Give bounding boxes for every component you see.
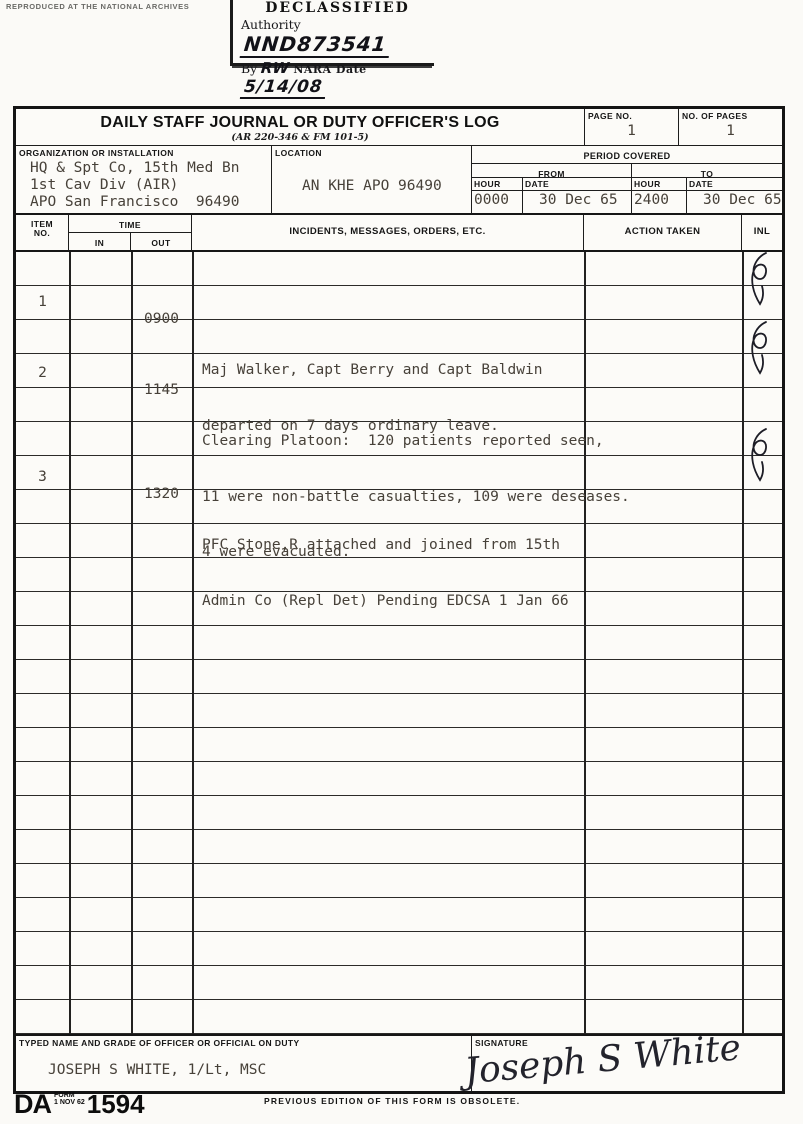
entry-1-item-no: 1	[16, 294, 69, 311]
from-date-value: 30 Dec 65	[523, 192, 618, 208]
organization-line-3: APO San Francisco 96490	[16, 194, 271, 211]
journal-entries-grid: 1 0900 Maj Walker, Capt Berry and Capt B…	[16, 252, 782, 1034]
page-no-value: 1	[585, 123, 678, 140]
to-hour-value: 2400	[632, 192, 669, 208]
location-label: LOCATION	[272, 146, 471, 160]
page-no-cell: PAGE NO. 1	[585, 109, 679, 146]
col-header-action: ACTION TAKEN	[584, 215, 742, 252]
to-date-value: 30 Dec 65	[687, 192, 782, 208]
pages-value: 1	[679, 123, 782, 140]
col-header-item: ITEM NO.	[16, 215, 69, 252]
scanned-document-page: REPRODUCED AT THE NATIONAL ARCHIVES DECL…	[0, 0, 803, 1124]
from-hour-label: HOUR	[472, 178, 522, 190]
stamp-authority-label: Authority	[241, 17, 301, 32]
stamp-by-row: By RW NARA Date 5/14/08	[241, 59, 434, 99]
col-header-in: IN	[69, 233, 131, 252]
typed-name-value: JOSEPH S WHITE, 1/Lt, MSC	[48, 1062, 266, 1079]
form-number: 1594	[87, 1089, 145, 1119]
col-header-out: OUT	[131, 233, 192, 252]
pages-label: NO. OF PAGES	[679, 109, 782, 123]
form-footer: DAFORM1 NOV 621594 PREVIOUS EDITION OF T…	[14, 1089, 794, 1123]
archive-note: REPRODUCED AT THE NATIONAL ARCHIVES	[6, 2, 189, 11]
col-header-inl: INL	[742, 215, 782, 252]
from-date-value-cell: 30 Dec 65	[523, 191, 632, 215]
stamp-date-value: 5/14/08	[240, 77, 327, 99]
col-header-time: TIME	[69, 215, 192, 233]
da-form-1594: DAILY STAFF JOURNAL OR DUTY OFFICER'S LO…	[13, 106, 785, 1094]
typed-name-label: TYPED NAME AND GRADE OF OFFICER OR OFFIC…	[16, 1036, 471, 1050]
col-header-item-label: ITEM NO.	[22, 218, 62, 240]
declassified-stamp: DECLASSIFIED Authority NND873541 By RW N…	[230, 0, 434, 66]
duty-officer-initials-icon	[745, 426, 775, 482]
from-hour-value-cell: 0000	[472, 191, 523, 215]
col-header-incidents: INCIDENTS, MESSAGES, ORDERS, ETC.	[192, 215, 584, 252]
to-hour-label: HOUR	[632, 178, 686, 190]
col-header-in-label: IN	[92, 236, 107, 250]
period-from-header: FROM	[472, 164, 632, 178]
organization-cell: ORGANIZATION OR INSTALLATION HQ & Spt Co…	[16, 146, 272, 215]
location-cell: LOCATION AN KHE APO 96490	[272, 146, 472, 215]
from-hour-value: 0000	[472, 192, 509, 208]
col-header-inl-label: INL	[751, 224, 774, 239]
form-prefix: DA	[14, 1089, 51, 1119]
stamp-title: DECLASSIFIED	[241, 0, 434, 16]
entry-3-line-1: PFC Stone,R attached and joined from 15t…	[202, 537, 584, 559]
col-header-time-label: TIME	[116, 218, 144, 232]
typed-name-cell: TYPED NAME AND GRADE OF OFFICER OR OFFIC…	[16, 1034, 472, 1091]
to-date-label-cell: DATE	[687, 178, 782, 191]
entry-2-time-out: 1145	[131, 382, 192, 399]
organization-label: ORGANIZATION OR INSTALLATION	[16, 146, 271, 160]
organization-line-2: 1st Cav Div (AIR)	[16, 177, 271, 194]
stamp-by-label: By	[241, 61, 257, 76]
from-date-label: DATE	[523, 178, 631, 190]
stamp-by-initials: RW	[260, 59, 290, 77]
to-hour-label-cell: HOUR	[632, 178, 687, 191]
form-title-cell: DAILY STAFF JOURNAL OR DUTY OFFICER'S LO…	[16, 109, 585, 146]
entry-3-line-2: Admin Co (Repl Det) Pending EDCSA 1 Jan …	[202, 593, 584, 615]
col-header-action-label: ACTION TAKEN	[622, 224, 704, 239]
entry-3-time-out: 1320	[131, 486, 192, 503]
duty-officer-initials-icon	[745, 250, 775, 306]
journal-entry-2: 2 1145 Clearing Platoon: 120 patients re…	[16, 331, 782, 433]
entry-3-text: PFC Stone,R attached and joined from 15t…	[202, 503, 584, 648]
from-date-label-cell: DATE	[523, 178, 632, 191]
col-header-incidents-label: INCIDENTS, MESSAGES, ORDERS, ETC.	[286, 224, 488, 239]
from-hour-label-cell: HOUR	[472, 178, 523, 191]
to-hour-value-cell: 2400	[632, 191, 687, 215]
organization-line-1: HQ & Spt Co, 15th Med Bn	[16, 160, 271, 177]
period-covered-header: PERIOD COVERED	[472, 146, 782, 164]
location-value: AN KHE APO 96490	[302, 178, 442, 195]
col-header-out-label: OUT	[148, 236, 173, 250]
form-title: DAILY STAFF JOURNAL OR DUTY OFFICER'S LO…	[16, 109, 584, 132]
period-to-header: TO	[632, 164, 782, 178]
form-edition-date: 1 NOV 62	[54, 1099, 85, 1106]
form-subtitle: (AR 220-346 & FM 101-5)	[16, 132, 584, 143]
period-covered-cell: PERIOD COVERED FROM TO HOUR DATE HOUR DA…	[472, 146, 782, 215]
stamp-authority-value: NND873541	[240, 32, 391, 58]
form-word: FORM	[54, 1092, 75, 1099]
to-date-value-cell: 30 Dec 65	[687, 191, 782, 215]
stamp-agency-label: NARA Date	[293, 63, 366, 76]
journal-entry-3: 3 1320 PFC Stone,R attached and joined f…	[16, 435, 782, 537]
pages-cell: NO. OF PAGES 1	[679, 109, 782, 146]
entry-1-time-out: 0900	[131, 311, 192, 328]
page-no-label: PAGE NO.	[585, 109, 678, 123]
stamp-authority-row: Authority NND873541	[241, 17, 434, 58]
duty-officer-initials-icon	[745, 319, 775, 375]
entry-2-item-no: 2	[16, 365, 69, 382]
period-covered-label: PERIOD COVERED	[580, 149, 673, 163]
entry-3-item-no: 3	[16, 469, 69, 486]
obsolete-note: PREVIOUS EDITION OF THIS FORM IS OBSOLET…	[264, 1096, 520, 1106]
to-date-label: DATE	[687, 178, 782, 190]
